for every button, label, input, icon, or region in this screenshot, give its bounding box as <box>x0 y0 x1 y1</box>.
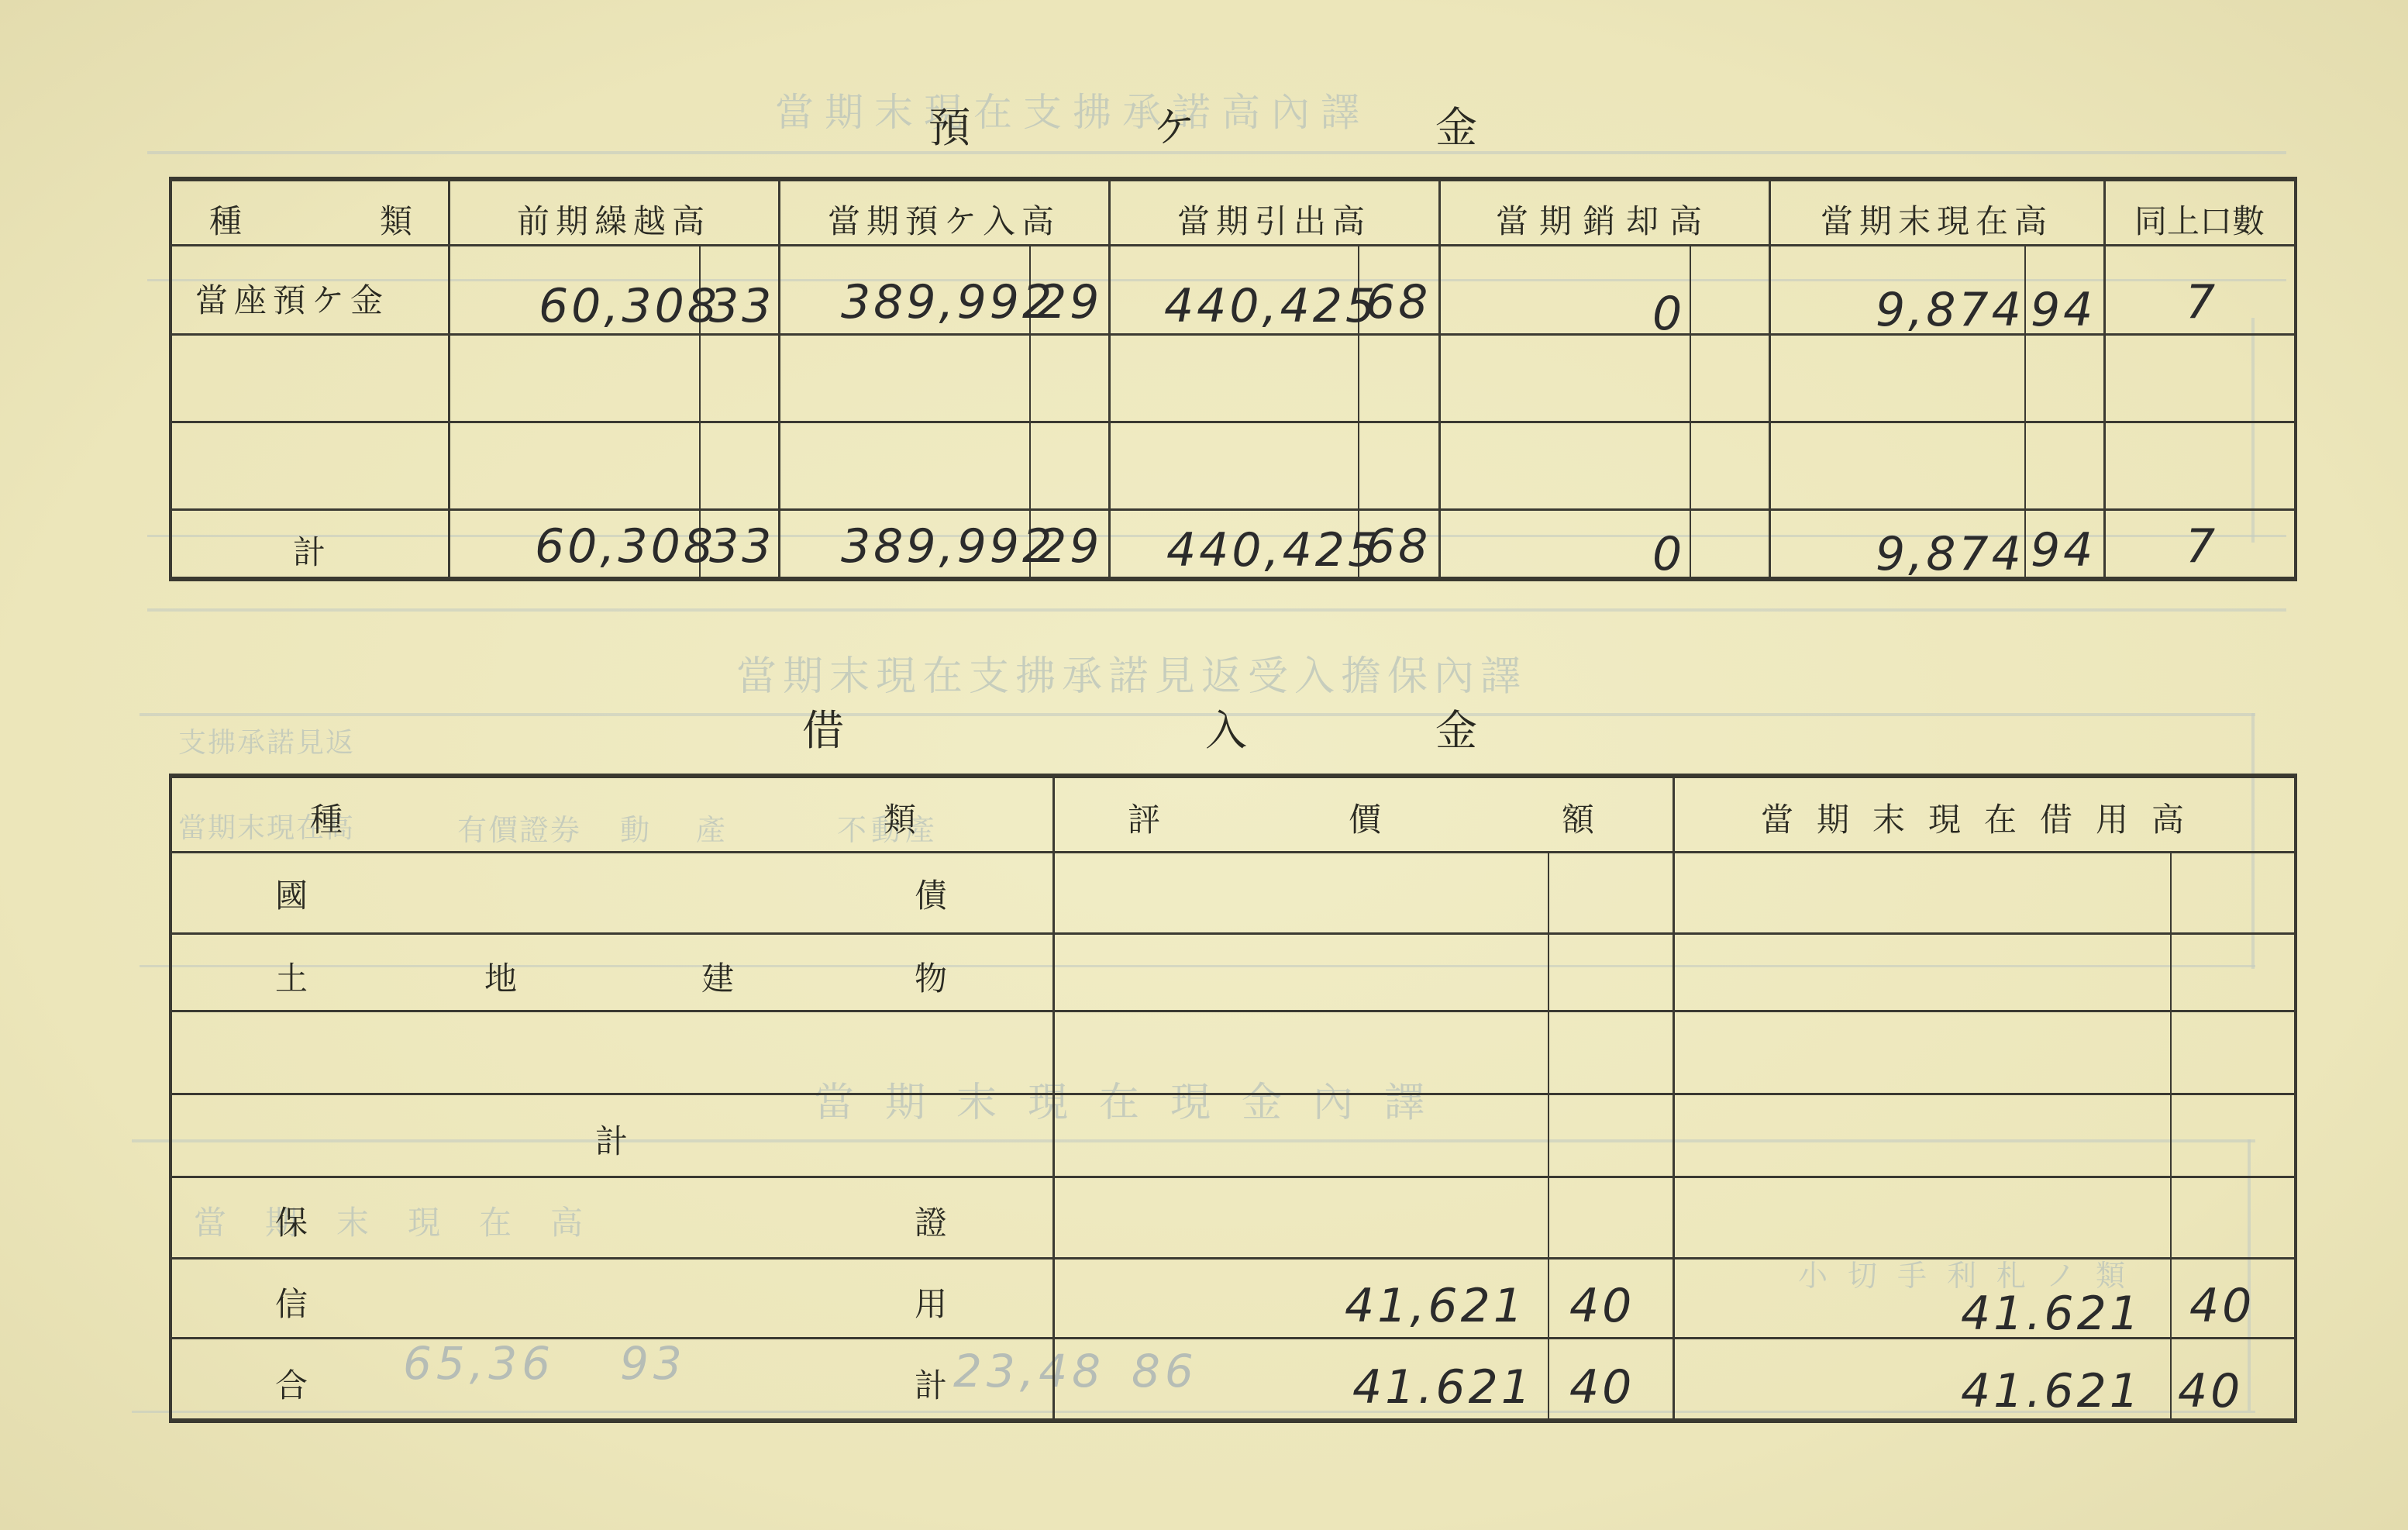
header-valuation-char: 價 <box>1349 794 1387 841</box>
borrowings-title-char: 金 <box>1435 698 1477 757</box>
borrowed-yen: 41.621 <box>1961 1364 2142 1418</box>
show-through-number: 93 <box>620 1337 687 1390</box>
valuation-sen: 40 <box>1569 1279 1635 1333</box>
row-label-char: 物 <box>915 953 947 1000</box>
show-through-heading-2: 當期末現在支拂承諾見返受入擔保內譯 <box>736 643 1527 701</box>
ledger-page: 當期末現在支拂承諾高內譯 當期末現在支拂承諾見返受入擔保內譯 當期末現在現金內譯… <box>0 0 2408 1530</box>
show-through-number: 65,36 <box>403 1337 555 1390</box>
show-through-cell: 有價證券 <box>457 806 581 849</box>
header-account-count: 同上口數 <box>2105 196 2294 243</box>
row-label-char: 計 <box>595 1116 628 1163</box>
row-label-char: 信 <box>275 1279 308 1325</box>
header-current-deposits: 當期預ケ入高 <box>780 196 1108 243</box>
borrowings-title-char: 入 <box>1205 698 1247 757</box>
header-previous-balance: 前期繰越高 <box>450 196 778 243</box>
total-label: 計 <box>293 527 326 574</box>
show-through-heading-1: 當期末現在支拂承諾高內譯 <box>775 81 1370 137</box>
header-current-end-balance: 當期末現在高 <box>1770 196 2103 243</box>
current-deposits-sen: 29 <box>1037 275 1102 329</box>
total-current-end-balance-yen: 9,874 <box>1876 527 2024 581</box>
row-label-char: 建 <box>701 953 734 1000</box>
previous-balance-yen: 60,308 <box>539 279 720 333</box>
header-type-char: 種 <box>209 196 248 243</box>
row-label-char: 合 <box>275 1360 308 1407</box>
header-current-end-borrowed: 當期末現在借用高 <box>1674 794 2294 841</box>
row-label-char: 計 <box>915 1360 947 1407</box>
current-withdrawals-yen: 440,425 <box>1164 279 1378 333</box>
valuation-yen: 41.621 <box>1352 1360 1534 1415</box>
total-current-writeoff-yen: 0 <box>1652 527 1685 581</box>
header-type-char: 類 <box>884 794 922 841</box>
current-withdrawals-sen: 68 <box>1366 275 1431 329</box>
row-label-char: 證 <box>915 1197 947 1244</box>
borrowed-sen: 40 <box>2189 1279 2255 1333</box>
row-type: 當座預ケ金 <box>195 275 389 322</box>
total-current-deposits-sen: 29 <box>1037 519 1102 574</box>
row-label-char: 保 <box>275 1197 308 1244</box>
borrowed-sen: 40 <box>2178 1364 2243 1418</box>
current-deposits-yen: 389,992 <box>841 275 1055 329</box>
current-writeoff-yen: 0 <box>1652 287 1685 341</box>
header-type-char: 種 <box>310 794 349 841</box>
account-count: 7 <box>2186 275 2218 329</box>
show-through-cell: 當期末現在高 <box>194 1197 622 1244</box>
row-label-char: 國 <box>275 870 308 917</box>
deposits-title-char: 預 <box>928 95 970 154</box>
total-current-deposits-yen: 389,992 <box>841 519 1055 574</box>
deposits-title-char: 金 <box>1435 95 1477 154</box>
row-label-char: 債 <box>915 870 947 917</box>
show-through-cell: 動產 <box>620 806 772 849</box>
total-previous-balance-sen: 33 <box>709 519 774 574</box>
header-type-char: 類 <box>380 196 419 243</box>
header-valuation-char: 額 <box>1562 794 1600 841</box>
previous-balance-sen: 33 <box>709 279 774 333</box>
row-label-char: 地 <box>484 953 517 1000</box>
show-through-number: 86 <box>1132 1345 1198 1397</box>
borrowed-yen: 41.621 <box>1961 1287 2142 1341</box>
borrowings-title-char: 借 <box>802 698 844 757</box>
show-through-number: 23,48 <box>953 1345 1105 1397</box>
valuation-sen: 40 <box>1569 1360 1635 1415</box>
total-current-withdrawals-yen: 440,425 <box>1166 523 1380 577</box>
header-valuation-char: 評 <box>1128 794 1166 841</box>
row-label-char: 土 <box>275 953 308 1000</box>
total-previous-balance-yen: 60,308 <box>535 519 716 574</box>
deposits-title-char: ケ <box>1153 95 1195 154</box>
current-end-balance-sen: 94 <box>2031 283 2096 337</box>
current-end-balance-yen: 9,874 <box>1876 283 2024 337</box>
total-current-end-balance-sen: 94 <box>2031 523 2096 577</box>
total-account-count: 7 <box>2186 519 2218 574</box>
total-current-withdrawals-sen: 68 <box>1366 519 1431 574</box>
header-current-writeoff: 當期銷却高 <box>1440 196 1769 243</box>
row-label-char: 用 <box>915 1279 947 1325</box>
show-through-cell: 支拂承諾見返 <box>178 721 355 760</box>
valuation-yen: 41,621 <box>1345 1279 1526 1333</box>
header-current-withdrawals: 當期引出高 <box>1110 196 1438 243</box>
show-through-heading-3: 當期末現在現金內譯 <box>814 1070 1455 1128</box>
